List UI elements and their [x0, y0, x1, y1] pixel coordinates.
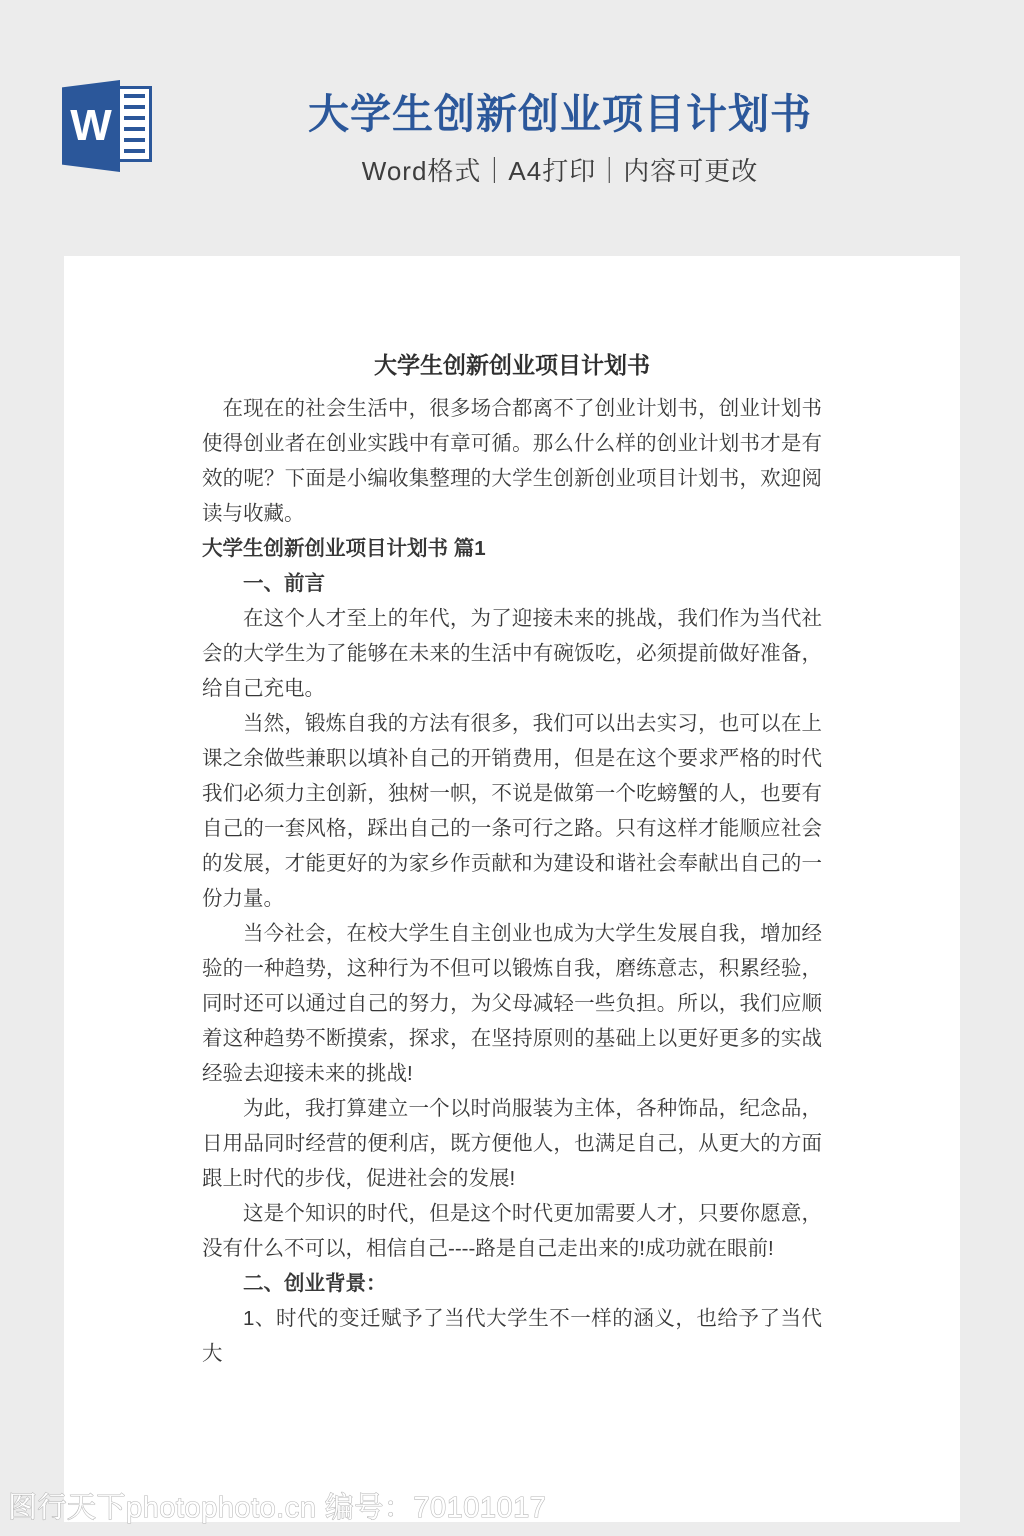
page-title: 大学生创新创业项目计划书	[96, 90, 1024, 139]
header-text-block: 大学生创新创业项目计划书 Word格式｜A4打印｜内容可更改	[0, 90, 1024, 188]
heading-preface: 一、前言	[202, 566, 822, 601]
paragraph-preface-4: 为此，我打算建立一个以时尚服装为主体，各种饰品，纪念品，日用品同时经营的便利店，…	[202, 1091, 822, 1196]
paragraph-preface-5: 这是个知识的时代，但是这个时代更加需要人才，只要你愿意，没有什么不可以，相信自己…	[202, 1196, 822, 1266]
paragraph-background-1: 1、时代的变迁赋予了当代大学生不一样的涵义，也给予了当代大	[202, 1301, 822, 1371]
paragraph-preface-2: 当然，锻炼自我的方法有很多，我们可以出去实习，也可以在上课之余做些兼职以填补自己…	[202, 706, 822, 916]
header: W 大学生创新创业项目计划书 Word格式｜A4打印｜内容可更改	[0, 0, 1024, 256]
paragraph-preface-1: 在这个人才至上的年代，为了迎接未来的挑战，我们作为当代社会的大学生为了能够在未来…	[202, 601, 822, 706]
site-watermark: 图行天下photophoto.cn 编号：70101017	[8, 1485, 546, 1526]
document-title: 大学生创新创业项目计划书	[202, 348, 822, 383]
template-preview-screen: W 大学生创新创业项目计划书 Word格式｜A4打印｜内容可更改 大学生创新创业…	[0, 0, 1024, 1536]
page-subtitle: Word格式｜A4打印｜内容可更改	[96, 151, 1024, 188]
paragraph-preface-3: 当今社会，在校大学生自主创业也成为大学生发展自我，增加经验的一种趋势，这种行为不…	[202, 916, 822, 1091]
heading-part-1: 大学生创新创业项目计划书 篇1	[202, 531, 822, 566]
document-page: 大学生创新创业项目计划书 在现在的社会生活中，很多场合都离不了创业计划书，创业计…	[64, 256, 960, 1522]
heading-background: 二、创业背景：	[202, 1266, 822, 1301]
paragraph-intro: 在现在的社会生活中，很多场合都离不了创业计划书，创业计划书使得创业者在创业实践中…	[202, 391, 822, 531]
